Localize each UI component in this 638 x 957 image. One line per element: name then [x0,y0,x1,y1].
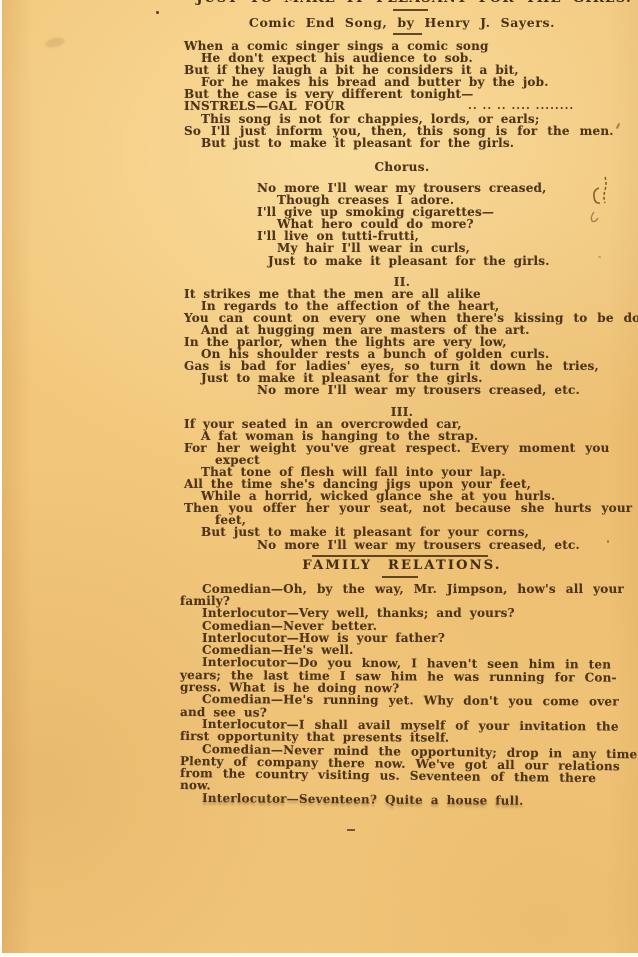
section-label: II. [184,276,620,288]
ink-smudge-icon [586,174,616,226]
paper-speck [607,540,609,543]
verse-line: A fat woman is hanging to the strap. [201,430,620,442]
verse-line: Then you offer her your seat, not becaus… [184,502,620,514]
verse-line: If your seated in an overcrowded car, [184,418,620,430]
paper-speck [156,11,159,14]
separator-rule-title [393,33,422,35]
verse-line: My hair I'll wear in curls, [277,242,620,254]
separator-rule [312,555,488,557]
separator-rule-top [393,9,428,11]
page-text-column: When a comic singer sings a comic songHe… [184,40,620,804]
pencil-smudge [44,36,65,49]
verse-line: But just to make it pleasant for the gir… [201,137,620,149]
book-page-scan: JUST TO MAKE IT PLEASANT FOR THE GIRLS. … [0,0,638,957]
clipped-running-head: JUST TO MAKE IT PLEASANT FOR THE GIRLS. [194,0,634,7]
scan-edge-bottom [0,953,638,957]
dialogue-line: Comedian—Oh, by the way, Mr. Jimpson, ho… [202,583,620,595]
family-relations-heading: FAMILY RELATIONS. [184,559,620,573]
verse-line: No more I'll wear my trousers creased, e… [257,539,620,551]
dialogue-line: Comedian—Never better. [202,620,620,632]
bleedthrough-dots: ·· ·· ·· ···· ········ [468,102,574,115]
paper-speck [598,256,601,258]
verse-line: So I'll just inform you, then, this song… [184,125,620,137]
section-label: III. [184,406,620,418]
verse-line: It strikes me that the men are all alike [184,288,620,300]
end-dash-mark [347,829,355,831]
verse-line: No more I'll wear my trousers creased, e… [257,384,620,396]
song-title: Comic End Song, by Henry J. Sayers. [184,15,620,30]
verse-line: But just to make it pleasant for your co… [201,526,620,538]
dialogue-line: Interlocutor—Very well, thanks; and your… [202,607,620,619]
scan-edge-left [0,0,2,957]
separator-rule [382,576,418,578]
verse-line: Just to make it pleasant for the girls. [268,255,620,267]
running-head-text: JUST TO MAKE IT PLEASANT FOR THE GIRLS. [194,0,634,6]
section-label: Chorus. [184,161,620,173]
